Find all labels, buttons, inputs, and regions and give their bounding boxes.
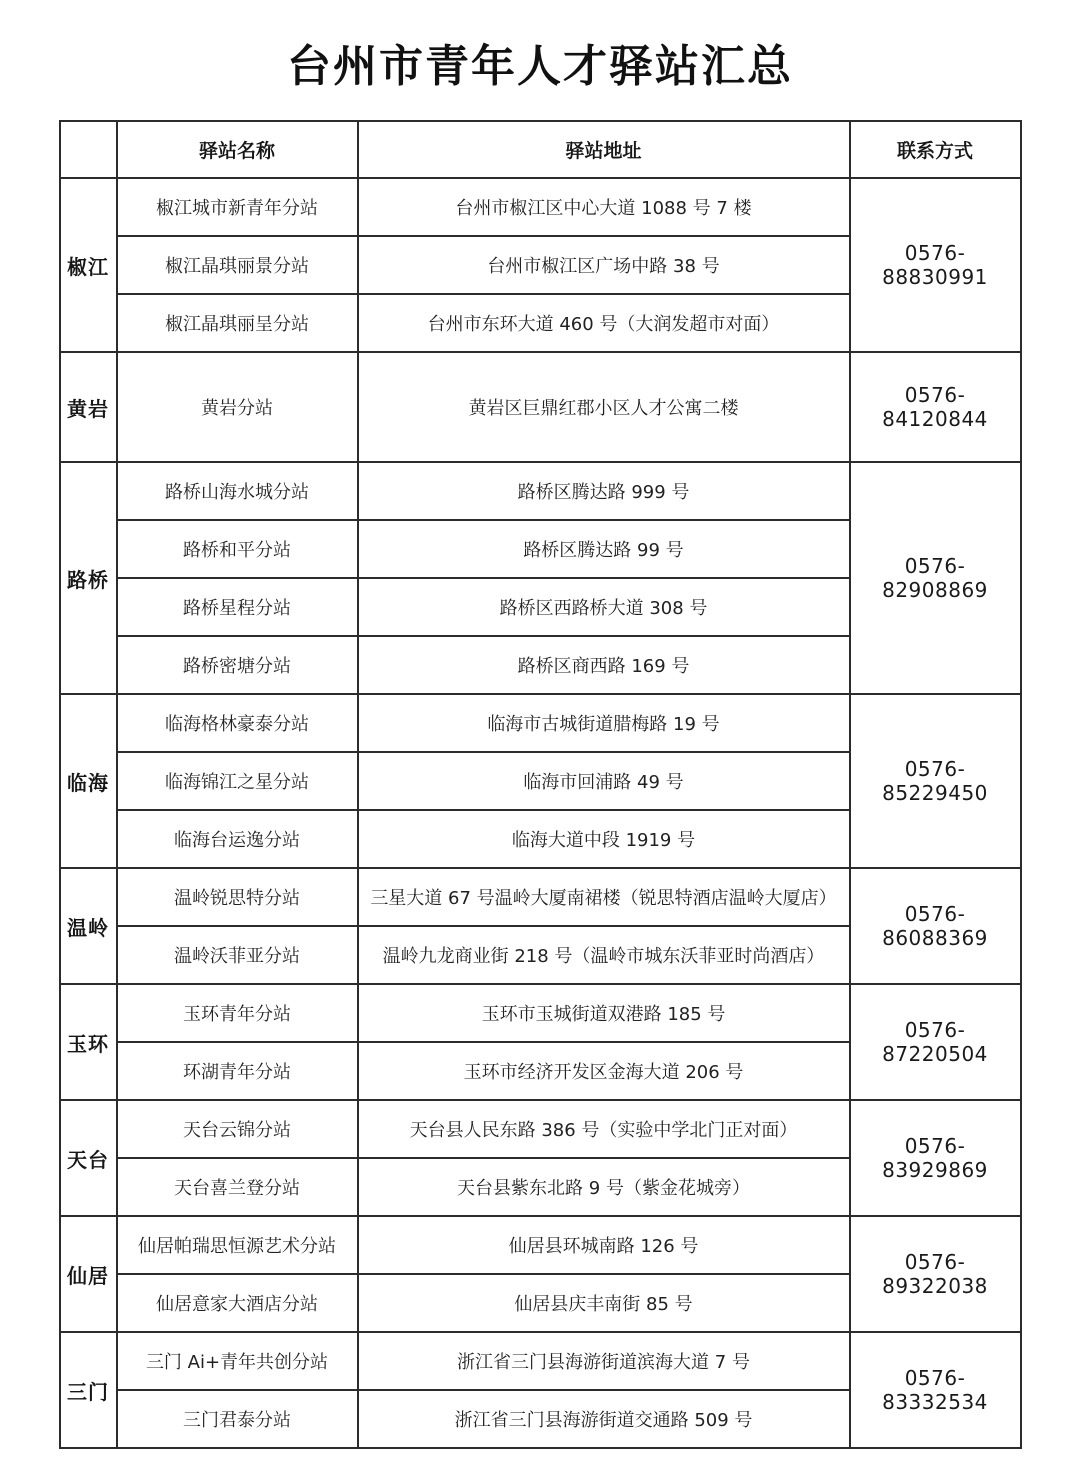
- table-row: 临海临海格林豪泰分站临海市古城街道腊梅路 19 号0576-85229450: [60, 694, 1021, 752]
- station-name-cell: 路桥山海水城分站: [117, 462, 358, 520]
- region-cell: 临海: [60, 694, 117, 868]
- table-row: 仙居仙居帕瑞思恒源艺术分站仙居县环城南路 126 号0576-89322038: [60, 1216, 1021, 1274]
- table-row: 三门三门 Ai+青年共创分站浙江省三门县海游街道滨海大道 7 号0576-833…: [60, 1332, 1021, 1390]
- station-name-cell: 椒江晶琪丽呈分站: [117, 294, 358, 352]
- region-cell: 三门: [60, 1332, 117, 1448]
- station-address-cell: 路桥区腾达路 999 号: [358, 462, 850, 520]
- station-name-cell: 环湖青年分站: [117, 1042, 358, 1100]
- contact-cell: 0576-85229450: [850, 694, 1021, 868]
- station-address-cell: 台州市椒江区广场中路 38 号: [358, 236, 850, 294]
- station-address-cell: 临海大道中段 1919 号: [358, 810, 850, 868]
- table-row: 黄岩黄岩分站黄岩区巨鼎红郡小区人才公寓二楼0576-84120844: [60, 352, 1021, 462]
- station-name-cell: 温岭沃菲亚分站: [117, 926, 358, 984]
- station-name-cell: 路桥和平分站: [117, 520, 358, 578]
- table-row: 路桥路桥山海水城分站路桥区腾达路 999 号0576-82908869: [60, 462, 1021, 520]
- stations-table: 驿站名称 驿站地址 联系方式 椒江椒江城市新青年分站台州市椒江区中心大道 108…: [59, 120, 1022, 1449]
- station-name-cell: 温岭锐思特分站: [117, 868, 358, 926]
- station-name-cell: 仙居帕瑞思恒源艺术分站: [117, 1216, 358, 1274]
- station-name-cell: 路桥星程分站: [117, 578, 358, 636]
- contact-cell: 0576-84120844: [850, 352, 1021, 462]
- station-address-cell: 温岭九龙商业街 218 号（温岭市城东沃菲亚时尚酒店）: [358, 926, 850, 984]
- table-row: 天台天台云锦分站天台县人民东路 386 号（实验中学北门正对面）0576-839…: [60, 1100, 1021, 1158]
- header-row: 驿站名称 驿站地址 联系方式: [60, 121, 1021, 178]
- station-name-cell: 三门君泰分站: [117, 1390, 358, 1448]
- station-address-cell: 天台县紫东北路 9 号（紫金花城旁）: [358, 1158, 850, 1216]
- station-address-cell: 三星大道 67 号温岭大厦南裙楼（锐思特酒店温岭大厦店）: [358, 868, 850, 926]
- station-address-cell: 玉环市玉城街道双港路 185 号: [358, 984, 850, 1042]
- region-cell: 温岭: [60, 868, 117, 984]
- station-name-cell: 路桥密塘分站: [117, 636, 358, 694]
- station-name-cell: 椒江晶琪丽景分站: [117, 236, 358, 294]
- table-row: 玉环玉环青年分站玉环市玉城街道双港路 185 号0576-87220504: [60, 984, 1021, 1042]
- station-name-cell: 临海锦江之星分站: [117, 752, 358, 810]
- region-cell: 仙居: [60, 1216, 117, 1332]
- station-address-cell: 临海市古城街道腊梅路 19 号: [358, 694, 850, 752]
- station-address-cell: 仙居县环城南路 126 号: [358, 1216, 850, 1274]
- station-address-cell: 路桥区西路桥大道 308 号: [358, 578, 850, 636]
- station-address-cell: 台州市东环大道 460 号（大润发超市对面）: [358, 294, 850, 352]
- station-name-cell: 玉环青年分站: [117, 984, 358, 1042]
- station-address-cell: 路桥区腾达路 99 号: [358, 520, 850, 578]
- contact-cell: 0576-89322038: [850, 1216, 1021, 1332]
- region-cell: 玉环: [60, 984, 117, 1100]
- stations-table-body: 椒江椒江城市新青年分站台州市椒江区中心大道 1088 号 7 楼0576-888…: [60, 178, 1021, 1448]
- station-address-cell: 路桥区商西路 169 号: [358, 636, 850, 694]
- station-name-cell: 黄岩分站: [117, 352, 358, 462]
- region-cell: 路桥: [60, 462, 117, 694]
- station-name-cell: 仙居意家大酒店分站: [117, 1274, 358, 1332]
- station-address-cell: 天台县人民东路 386 号（实验中学北门正对面）: [358, 1100, 850, 1158]
- table-row: 温岭温岭锐思特分站三星大道 67 号温岭大厦南裙楼（锐思特酒店温岭大厦店）057…: [60, 868, 1021, 926]
- contact-cell: 0576-87220504: [850, 984, 1021, 1100]
- station-address-cell: 黄岩区巨鼎红郡小区人才公寓二楼: [358, 352, 850, 462]
- region-cell: 天台: [60, 1100, 117, 1216]
- station-address-cell: 浙江省三门县海游街道交通路 509 号: [358, 1390, 850, 1448]
- table-row: 椒江椒江城市新青年分站台州市椒江区中心大道 1088 号 7 楼0576-888…: [60, 178, 1021, 236]
- station-name-cell: 临海台运逸分站: [117, 810, 358, 868]
- contact-cell: 0576-88830991: [850, 178, 1021, 352]
- header-station-name: 驿站名称: [117, 121, 358, 178]
- contact-cell: 0576-86088369: [850, 868, 1021, 984]
- region-cell: 椒江: [60, 178, 117, 352]
- station-address-cell: 浙江省三门县海游街道滨海大道 7 号: [358, 1332, 850, 1390]
- station-address-cell: 临海市回浦路 49 号: [358, 752, 850, 810]
- station-address-cell: 台州市椒江区中心大道 1088 号 7 楼: [358, 178, 850, 236]
- contact-cell: 0576-83332534: [850, 1332, 1021, 1448]
- region-cell: 黄岩: [60, 352, 117, 462]
- contact-cell: 0576-83929869: [850, 1100, 1021, 1216]
- station-name-cell: 天台喜兰登分站: [117, 1158, 358, 1216]
- stations-table-header: 驿站名称 驿站地址 联系方式: [60, 121, 1021, 178]
- header-region: [60, 121, 117, 178]
- station-address-cell: 仙居县庆丰南街 85 号: [358, 1274, 850, 1332]
- station-name-cell: 三门 Ai+青年共创分站: [117, 1332, 358, 1390]
- header-contact: 联系方式: [850, 121, 1021, 178]
- contact-cell: 0576-82908869: [850, 462, 1021, 694]
- station-name-cell: 天台云锦分站: [117, 1100, 358, 1158]
- page-title: 台州市青年人才驿站汇总: [0, 0, 1080, 120]
- station-name-cell: 椒江城市新青年分站: [117, 178, 358, 236]
- station-address-cell: 玉环市经济开发区金海大道 206 号: [358, 1042, 850, 1100]
- header-station-address: 驿站地址: [358, 121, 850, 178]
- station-name-cell: 临海格林豪泰分站: [117, 694, 358, 752]
